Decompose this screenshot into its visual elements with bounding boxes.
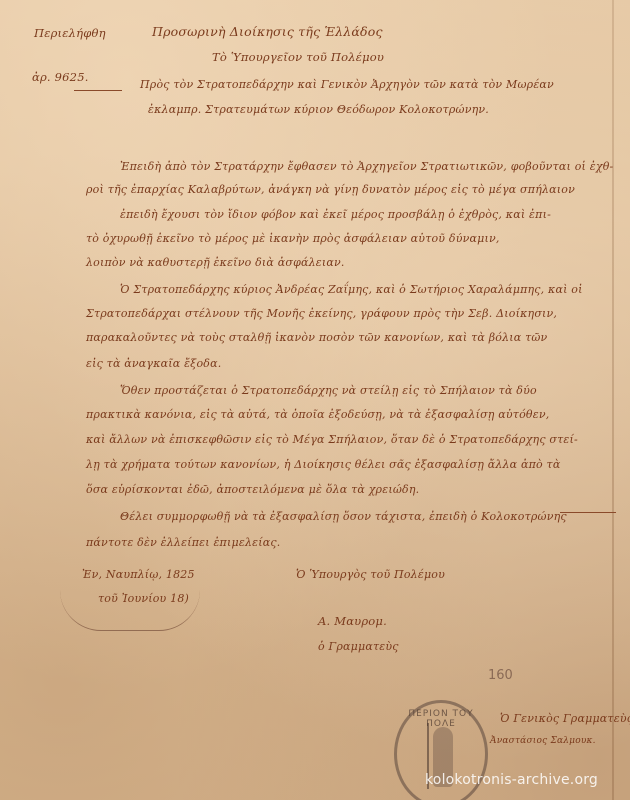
body-line: καὶ ἄλλων νὰ ἐπισκεφθῶσιν εἰς τὸ Μέγα Σπ…	[86, 433, 578, 446]
body-line: Ἐπειδὴ ἀπὸ τὸν Στρατάρχην ἔφθασεν τὸ Ἀρχ…	[120, 160, 613, 173]
body-line: πρακτικὰ κανόνια, εἰς τὰ αὐτά, τὰ ὁποῖα …	[86, 408, 549, 421]
margin-note-line2: ἀρ. 9625.	[32, 70, 89, 84]
body-line: λῃ τὰ χρήματα τούτων κανονίων, ἡ Διοίκησ…	[86, 458, 560, 471]
body-line: Ὅθεν προστάζεται ὁ Στρατοπεδάρχης νὰ στε…	[120, 384, 537, 397]
body-line: Θέλει συμμορφωθῇ νὰ τὰ ἐξασφαλίσῃ ὅσον τ…	[120, 510, 567, 523]
line-end-dash	[560, 512, 616, 513]
date-line1: Ἐν, Ναυπλίῳ, 1825	[82, 568, 195, 581]
margin-note-line1: Περιελήφθη	[34, 26, 106, 40]
heading-line2: Τὸ Ὑπουργεῖον τοῦ Πολέμου	[212, 50, 384, 64]
margin-underline	[74, 90, 122, 91]
signature-name: Α. Μαυρομ.	[318, 614, 387, 628]
body-line: Ὁ Στρατοπεδάρχης κύριος Ἀνδρέας Ζαΐμης, …	[120, 283, 583, 296]
heading-line1: Προσωρινὴ Διοίκησις τῆς Ἑλλάδος	[152, 24, 383, 39]
body-line: τὸ ὀχυρωθῇ ἐκεῖνο τὸ μέρος μὲ ἱκανὴν πρὸ…	[86, 232, 500, 245]
right-note-line1: Ὁ Γενικὸς Γραμματεὺς	[500, 712, 630, 725]
addressee-line1: Πρὸς τὸν Στρατοπεδάρχην καὶ Γενικὸν Ἀρχη…	[140, 78, 554, 91]
body-line: πάντοτε δὲν ἐλλείπει ἐπιμελείας.	[86, 536, 280, 549]
body-line: παρακαλοῦντες νὰ τοὺς σταλθῇ ἱκανὸν ποσὸ…	[86, 331, 547, 344]
body-line: ὅσα εὑρίσκονται ἐδῶ, ἀποστειλόμενα μὲ ὅλ…	[86, 483, 419, 496]
body-line: λοιπὸν νὰ καθυστερῇ ἐκεῖνο διὰ ἀσφάλειαν…	[86, 256, 345, 269]
closing-title: Ὁ Ὑπουργὸς τοῦ Πολέμου	[296, 568, 445, 581]
body-line: ροὶ τῆς ἐπαρχίας Καλαβρύτων, ἀνάγκη νὰ γ…	[86, 183, 575, 196]
paper-fold	[612, 0, 614, 800]
addressee-line2: ἐκλαμπρ. Στρατευμάτων κύριον Θεόδωρον Κο…	[148, 103, 489, 116]
body-line: ἐπειδὴ ἔχουσι τὸν ἴδιον φόβον καὶ ἐκεῖ μ…	[120, 208, 551, 221]
archive-watermark: kolokotronis-archive.org	[425, 772, 598, 788]
pencil-page-number: 160	[488, 668, 513, 683]
stamp-text: ΠΕΡΙΟΝ ΤΟΥ ΠΟΛΕ	[397, 709, 485, 729]
body-line: Στρατοπεδάρχαι στέλνουν τῆς Μονῆς ἐκείνη…	[86, 307, 557, 320]
signature-secretary: ὁ Γραμματεὺς	[318, 640, 399, 653]
right-note-line2: Ἀναστάσιος Σαλμουκ.	[490, 736, 596, 746]
body-line: εἰς τὰ ἀναγκαῖα ἔξοδα.	[86, 357, 221, 370]
date-bracket	[60, 590, 200, 631]
paper-background	[0, 0, 630, 800]
